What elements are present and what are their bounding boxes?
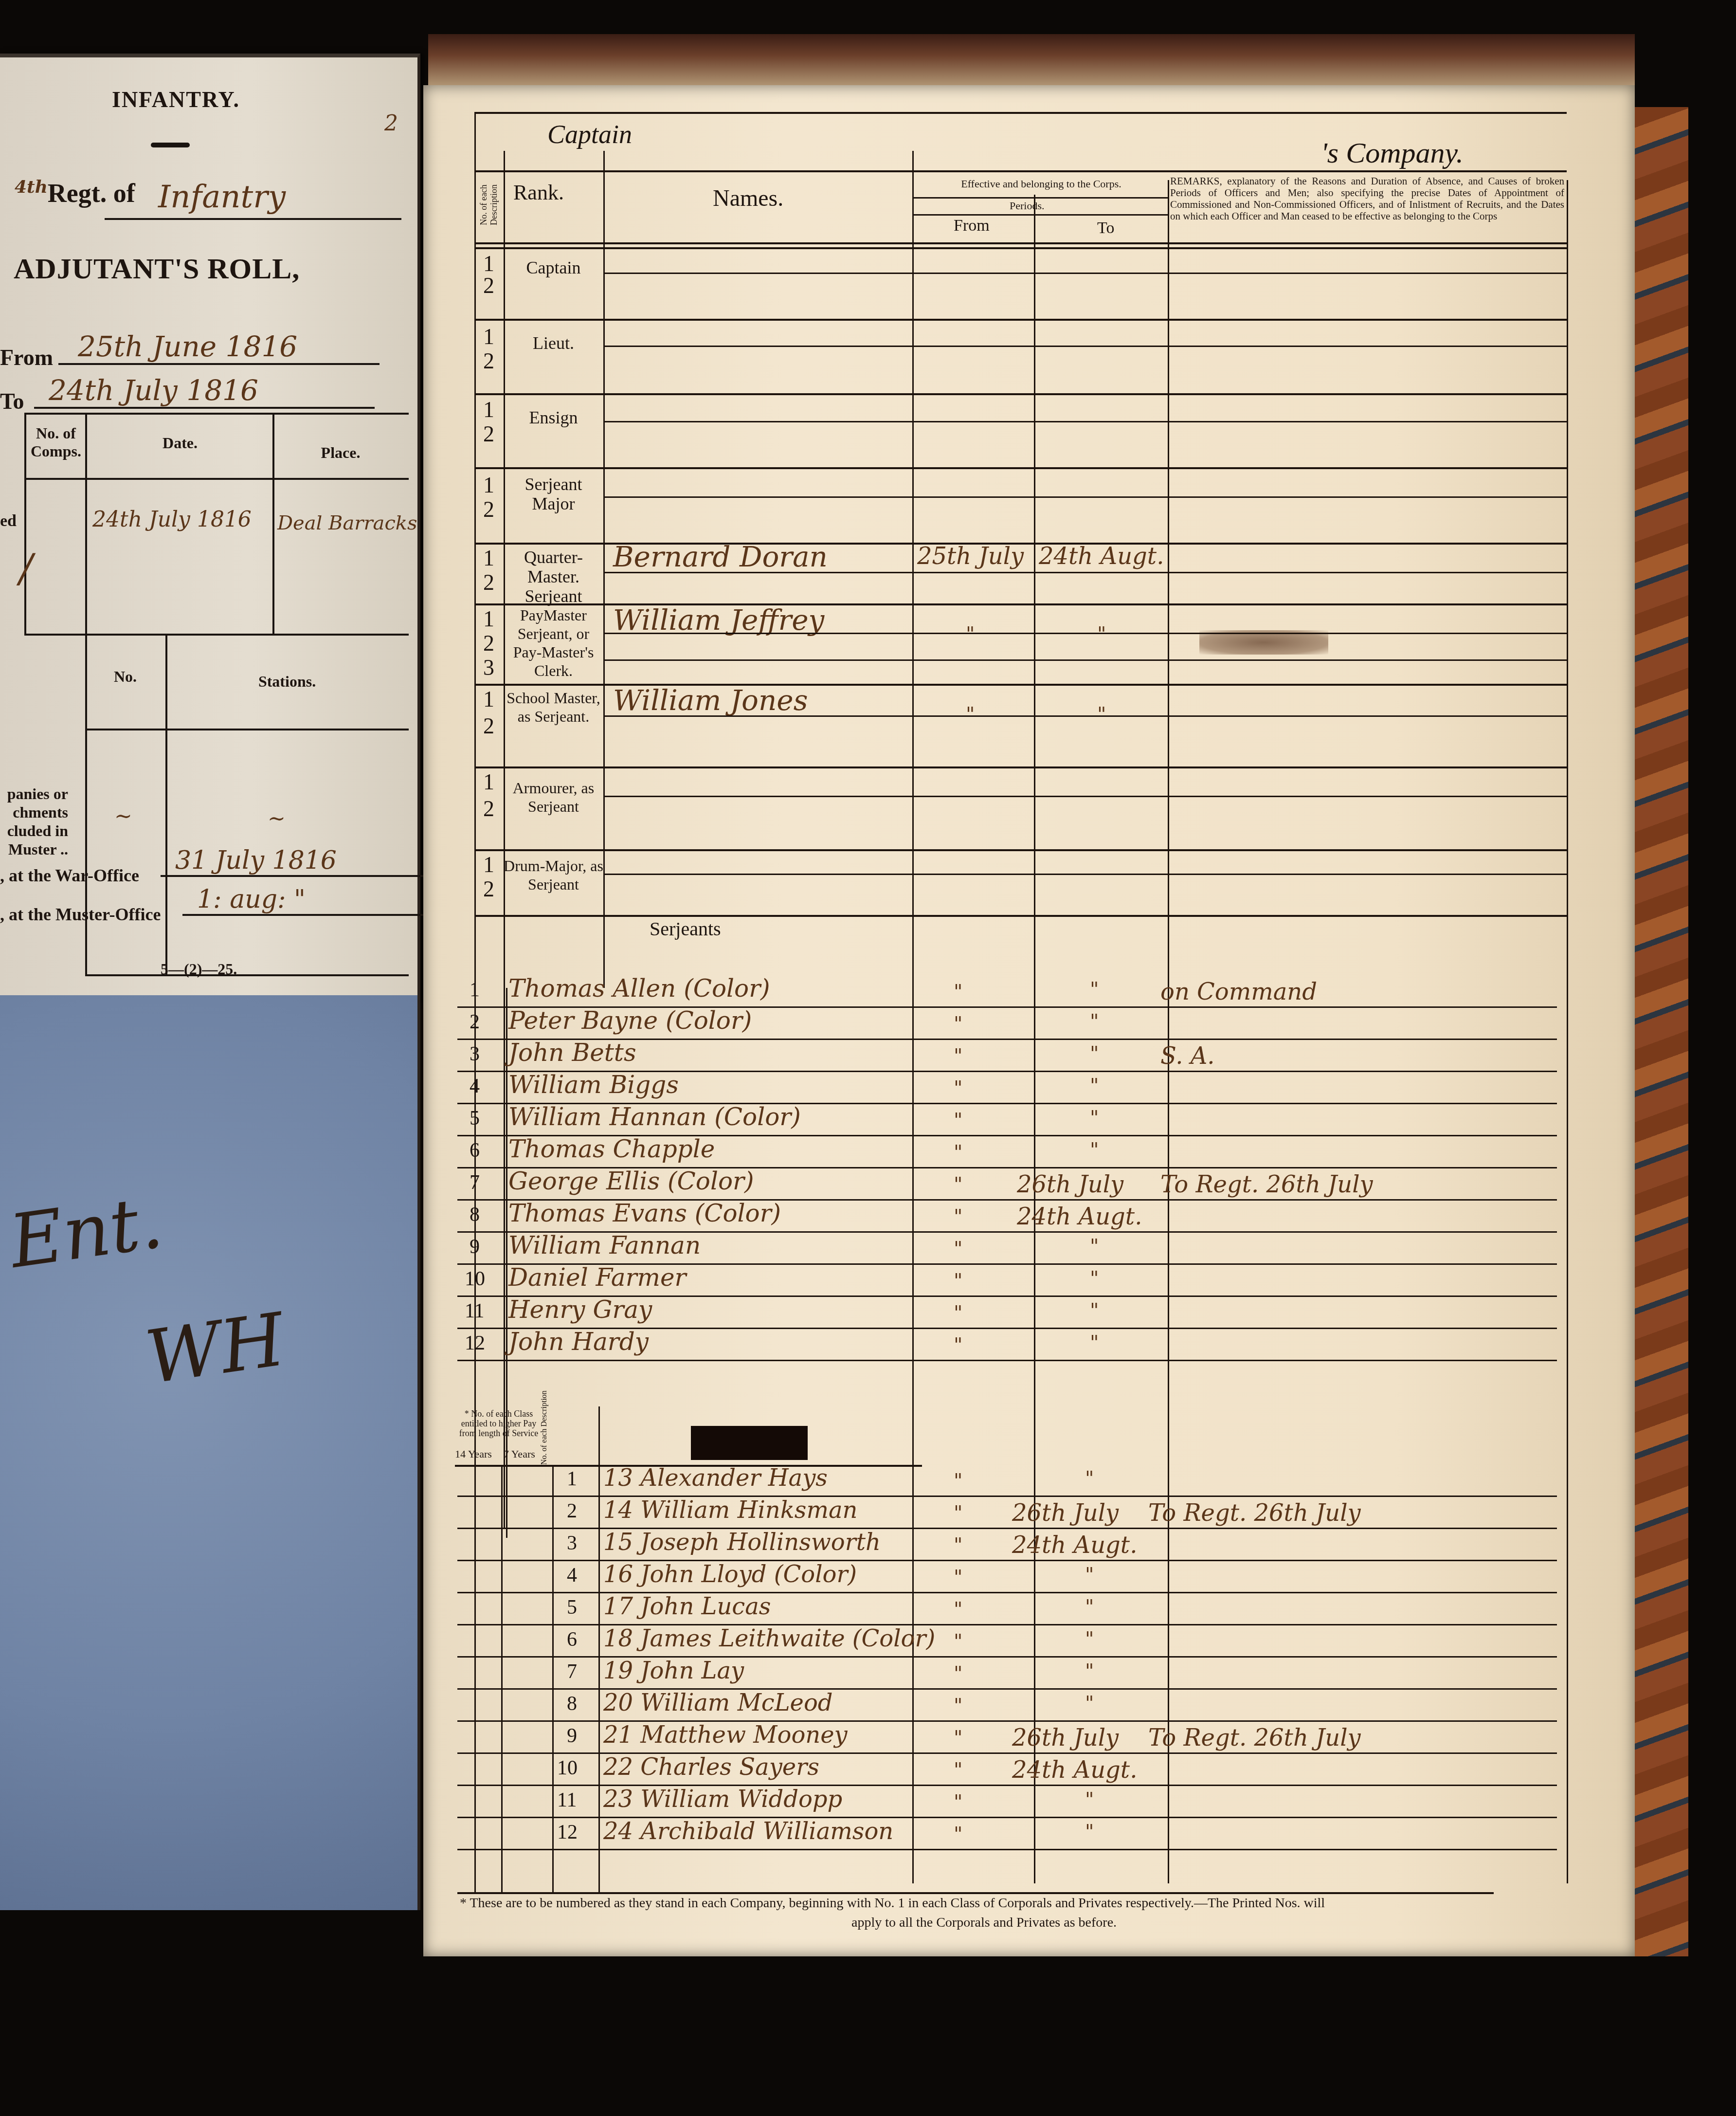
serjeant-name: Thomas Allen (Color)	[508, 974, 770, 1003]
serjeant-name: Thomas Evans (Color)	[508, 1199, 781, 1227]
col-7-years: 7 Years	[504, 1448, 535, 1460]
serjeant-from: "	[954, 1013, 962, 1035]
private-to: "	[1085, 1788, 1094, 1811]
serjeant-to: "	[1090, 1299, 1099, 1322]
to-label: To	[0, 388, 24, 414]
serjeant-name: George Ellis (Color)	[508, 1167, 754, 1195]
infantry-heading: INFANTRY.	[112, 87, 240, 112]
serjeant-number: 8	[470, 1203, 480, 1226]
serjeant-to: "	[1090, 1107, 1099, 1129]
companies-label: panies or chments cluded in Muster ..	[0, 784, 68, 858]
serjeant-name: Thomas Chapple	[508, 1135, 715, 1163]
from-cell: "	[966, 703, 975, 726]
decorative-rule	[151, 143, 190, 147]
private-name: 19 John Lay	[603, 1657, 744, 1684]
mustered-label: ed	[0, 512, 17, 530]
private-from: "	[954, 1759, 962, 1781]
page-number: 2	[384, 111, 398, 136]
private-desc-number: 11	[557, 1788, 577, 1812]
col-station-no: No.	[85, 668, 165, 686]
private-from: "	[954, 1534, 962, 1556]
serjeant-to: "	[1090, 1075, 1099, 1097]
serjeant-number: 11	[465, 1299, 484, 1323]
footnote-line-1: * These are to be numbered as they stand…	[460, 1896, 1325, 1911]
private-desc-number: 8	[567, 1692, 577, 1715]
regiment-prefix: 4th	[15, 177, 48, 197]
col-remarks: REMARKS, explanatory of the Reasons and …	[1170, 175, 1564, 222]
serjeant-from: "	[954, 1270, 962, 1292]
from-value: 25th June 1816	[58, 330, 380, 365]
private-desc-number: 6	[567, 1628, 577, 1651]
private-from: "	[954, 1727, 962, 1749]
private-to: "	[1085, 1692, 1094, 1715]
serjeant-from: "	[954, 1302, 962, 1324]
rank-label: Armourer, as Serjeant	[504, 779, 603, 816]
roll-title: ADJUTANT'S ROLL,	[14, 252, 300, 286]
from-cell: 25th July	[917, 543, 1024, 570]
muster-office-date: 1: aug: "	[182, 885, 423, 916]
col-names: Names.	[713, 185, 783, 212]
private-desc-number: 4	[567, 1564, 577, 1587]
private-to: 26th July	[1012, 1499, 1119, 1527]
serjeant-from: "	[954, 1238, 962, 1260]
private-from: "	[954, 1791, 962, 1813]
serjeant-to: 26th July	[1017, 1171, 1123, 1198]
private-name: 18 James Leithwaite (Color)	[603, 1625, 935, 1652]
col-date: Date.	[88, 434, 272, 452]
to-cell: 24th Augt.	[1039, 543, 1164, 570]
private-from: "	[954, 1695, 962, 1717]
rank-label: PayMaster Serjeant, or Pay-Master's Cler…	[504, 606, 603, 680]
private-to: "	[1085, 1564, 1094, 1586]
to-value: 24th July 1816	[34, 374, 375, 409]
serjeant-number: 10	[465, 1267, 485, 1291]
col-from: From	[954, 217, 990, 235]
col-periods: Periods.	[1010, 200, 1045, 212]
serjeant-number: 9	[470, 1235, 480, 1259]
col-place: Place.	[275, 444, 406, 462]
from-label: From	[0, 345, 53, 370]
rank-label: Captain	[504, 258, 603, 277]
stations-value: ~	[268, 806, 286, 831]
rank-label: Ensign	[504, 408, 603, 427]
redaction-block	[691, 1426, 808, 1460]
serjeant-number: 7	[470, 1171, 480, 1194]
serjeant-name: John Hardy	[508, 1328, 649, 1356]
serjeant-remark: S. A.	[1160, 1042, 1215, 1070]
private-from: "	[954, 1566, 962, 1588]
serjeant-from: "	[954, 1141, 962, 1164]
to-cell: "	[1097, 623, 1106, 645]
rank-label: Drum-Major, as Serjeant	[504, 857, 603, 894]
serjeant-from: "	[954, 1077, 962, 1099]
serjeant-from: "	[954, 1109, 962, 1131]
serjeant-to: "	[1090, 1267, 1099, 1290]
serjeant-number: 6	[470, 1139, 480, 1162]
private-name: 22 Charles Sayers	[603, 1753, 819, 1781]
private-from: "	[954, 1630, 962, 1653]
blue-cover-sheet: Ent. WH	[0, 995, 420, 1910]
rank-label: Lieut.	[504, 333, 603, 353]
private-from: "	[954, 1662, 962, 1685]
to-cell: "	[1097, 703, 1106, 726]
serjeant-to: "	[1090, 978, 1099, 1001]
private-desc-number: 3	[567, 1532, 577, 1555]
col-no-of-comps: No. of Comps.	[27, 424, 85, 460]
cover-signature-initials: WH	[141, 1297, 289, 1401]
cover-signature-ent: Ent.	[4, 1180, 167, 1285]
serjeant-to: "	[1090, 1139, 1099, 1161]
private-desc-number: 5	[567, 1596, 577, 1619]
serjeant-number: 12	[465, 1332, 485, 1355]
private-desc-number: 7	[567, 1660, 577, 1683]
footnote-line-2: apply to all the Corporals and Privates …	[851, 1915, 1117, 1931]
form-code: 5—(2)—25.	[161, 960, 237, 978]
serjeant-number: 4	[470, 1075, 480, 1098]
book-top-edge	[428, 34, 1635, 88]
private-desc-number: 1	[567, 1467, 577, 1491]
no-of-comps-value: /	[19, 546, 33, 591]
serjeant-from: "	[954, 1173, 962, 1196]
serjeant-remark: on Command	[1160, 978, 1317, 1005]
private-to: 26th July	[1012, 1724, 1119, 1751]
private-remark: To Regt. 26th July	[1148, 1724, 1361, 1751]
private-to: 24th Augt.	[1012, 1532, 1137, 1559]
private-to: 24th Augt.	[1012, 1756, 1137, 1784]
serjeant-name: John Betts	[508, 1039, 636, 1067]
serjeant-remark: To Regt. 26th July	[1160, 1171, 1373, 1198]
station-no-value: ~	[114, 804, 132, 829]
serjeant-name: Henry Gray	[508, 1295, 652, 1324]
col-effective: Effective and belonging to the Corps.	[920, 178, 1163, 190]
private-to: "	[1085, 1596, 1094, 1618]
company-title: 's Company.	[1321, 136, 1464, 170]
name-cell: Bernard Doran	[613, 540, 828, 573]
serjeant-to: "	[1090, 1042, 1099, 1065]
captain-title: Captain	[547, 119, 632, 149]
war-office-label: , at the War-Office	[0, 865, 139, 886]
serjeant-number: 3	[470, 1042, 480, 1066]
private-from: "	[954, 1598, 962, 1621]
private-name: 20 William McLeod	[603, 1689, 833, 1716]
name-cell: William Jeffrey	[613, 603, 824, 637]
private-from: "	[954, 1502, 962, 1524]
private-name: 16 John Lloyd (Color)	[603, 1561, 857, 1588]
name-cell: William Jones	[613, 684, 808, 717]
col-to: To	[1097, 219, 1114, 237]
private-to: "	[1085, 1660, 1094, 1682]
serjeant-name: William Fannan	[508, 1231, 701, 1259]
marbled-cover	[1635, 107, 1688, 1956]
serjeant-from: "	[954, 1205, 962, 1228]
col-stations: Stations.	[165, 673, 409, 691]
rank-label: Quarter-Master. Serjeant	[504, 547, 603, 606]
col-rank: Rank.	[513, 180, 564, 205]
private-name: 23 William Widdopp	[603, 1786, 842, 1813]
private-to: "	[1085, 1821, 1094, 1843]
left-page-form: INFANTRY. 2 4thRegt. of Infantry ADJUTAN…	[0, 54, 420, 1002]
serjeant-name: William Biggs	[508, 1071, 679, 1099]
col-no-desc: No. of each Description	[479, 171, 499, 239]
serjeant-from: "	[954, 1334, 962, 1356]
serjeant-to: "	[1090, 1010, 1099, 1033]
private-remark: To Regt. 26th July	[1148, 1499, 1361, 1527]
serjeant-from: "	[954, 1045, 962, 1067]
private-name: 13 Alexander Hays	[603, 1464, 828, 1492]
serjeant-from: "	[954, 981, 962, 1003]
serjeant-name: William Hannan (Color)	[508, 1103, 801, 1131]
muster-place: Deal Barracks	[277, 512, 417, 534]
serjeant-name: Peter Bayne (Color)	[508, 1006, 752, 1035]
serjeant-number: 5	[470, 1107, 480, 1130]
private-desc-number: 12	[557, 1821, 578, 1844]
war-office-date: 31 July 1816	[161, 846, 423, 877]
private-to: "	[1085, 1467, 1094, 1490]
from-cell: "	[966, 623, 975, 645]
serjeant-number: 1	[470, 978, 480, 1002]
private-from: "	[954, 1470, 962, 1492]
private-desc-number: 2	[567, 1499, 577, 1523]
private-desc-number: 10	[557, 1756, 578, 1780]
higher-pay-header: * No. of each Class entitled to higher P…	[455, 1409, 542, 1438]
private-name: 17 John Lucas	[603, 1593, 771, 1620]
private-from: "	[954, 1823, 962, 1845]
private-desc-number: 9	[567, 1724, 577, 1748]
regiment-value: Infantry	[105, 179, 401, 220]
serjeant-to: "	[1090, 1235, 1099, 1258]
serjeants-heading: Serjeants	[650, 917, 721, 940]
rank-label: Serjeant Major	[504, 474, 603, 513]
private-name: 21 Matthew Mooney	[603, 1721, 848, 1749]
rank-label: School Master, as Serjeant.	[504, 689, 603, 726]
private-name: 14 William Hinksman	[603, 1496, 858, 1524]
serjeant-number: 2	[470, 1010, 480, 1034]
serjeant-to: "	[1090, 1332, 1099, 1354]
muster-office-label: , at the Muster-Office	[0, 904, 161, 925]
col-14-years: 14 Years	[455, 1448, 492, 1460]
muster-date: 24th July 1816	[92, 507, 252, 532]
private-name: 24 Archibald Williamson	[603, 1818, 893, 1845]
private-name: 15 Joseph Hollinsworth	[603, 1529, 881, 1556]
serjeant-to: 24th Augt.	[1017, 1203, 1142, 1230]
serjeant-name: Daniel Farmer	[508, 1263, 686, 1292]
private-to: "	[1085, 1628, 1094, 1650]
